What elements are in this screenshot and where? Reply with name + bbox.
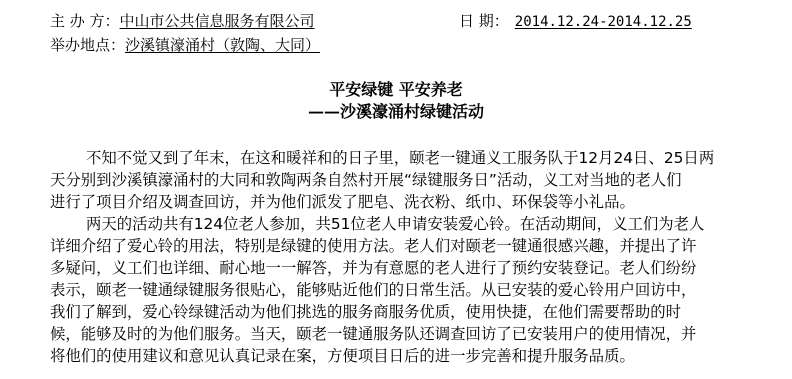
body-line: 详细介绍了爱心铃的用法，特别是绿键的使用方法。老人们对颐老一键通很感兴趣，并提出… — [50, 235, 750, 257]
body-line: 我们了解到，爱心铃绿键活动为他们挑选的服务商服务优质，使用快捷，在他们需要帮助的… — [50, 301, 750, 323]
article-subtitle: ——沙溪濠涌村绿键活动 — [0, 101, 792, 123]
location-row: 举办地点：沙溪镇濠涌村（敦陶、大同） — [50, 35, 320, 55]
body-line: 将他们的使用建议和意见认真记录在案，方便项目日后的进一步完善和提升服务品质。 — [50, 345, 750, 367]
date-value: 2014.12.24-2014.12.25 — [515, 14, 692, 30]
body-line: 候，能够及时的为他们服务。当天，颐老一键通服务队还调查回访了已安装用户的使用情况… — [50, 323, 750, 345]
location-label: 举办地点： — [50, 35, 125, 55]
body-line: 进行了项目介绍及调查回访，并为他们派发了肥皂、洗衣粉、纸巾、环保袋等小礼品。 — [50, 191, 750, 213]
host-row: 主 办 方：中山市公共信息服务有限公司 — [50, 11, 315, 31]
body-line: 表示，颐老一键通绿键服务很贴心，能够贴近他们的日常生活。从已安装的爱心铃用户回访… — [50, 279, 750, 301]
body-line: 多疑问，义工们也详细、耐心地一一解答，并为有意愿的老人进行了预约安装登记。老人们… — [50, 257, 750, 279]
body-line: 两天的活动共有124位老人参加，共51位老人申请安装爱心铃。在活动期间，义工们为… — [50, 213, 750, 235]
location-value: 沙溪镇濠涌村（敦陶、大同） — [125, 36, 320, 54]
host-label: 主 办 方： — [50, 11, 120, 31]
body-line: 天分别到沙溪镇濠涌村的大同和敦陶两条自然村开展“绿键服务日”活动，义工对当地的老… — [50, 169, 750, 191]
article-title: 平安绿键 平安养老 — [0, 79, 792, 101]
date-label: 日 期： — [459, 11, 509, 31]
body-line: 不知不觉又到了年末，在这和暖祥和的日子里，颐老一键通义工服务队于12月24日、2… — [50, 147, 750, 169]
date-row: 日 期：2014.12.24-2014.12.25 — [459, 11, 692, 32]
article-body: 不知不觉又到了年末，在这和暖祥和的日子里，颐老一键通义工服务队于12月24日、2… — [50, 147, 750, 367]
host-value: 中山市公共信息服务有限公司 — [120, 12, 315, 30]
